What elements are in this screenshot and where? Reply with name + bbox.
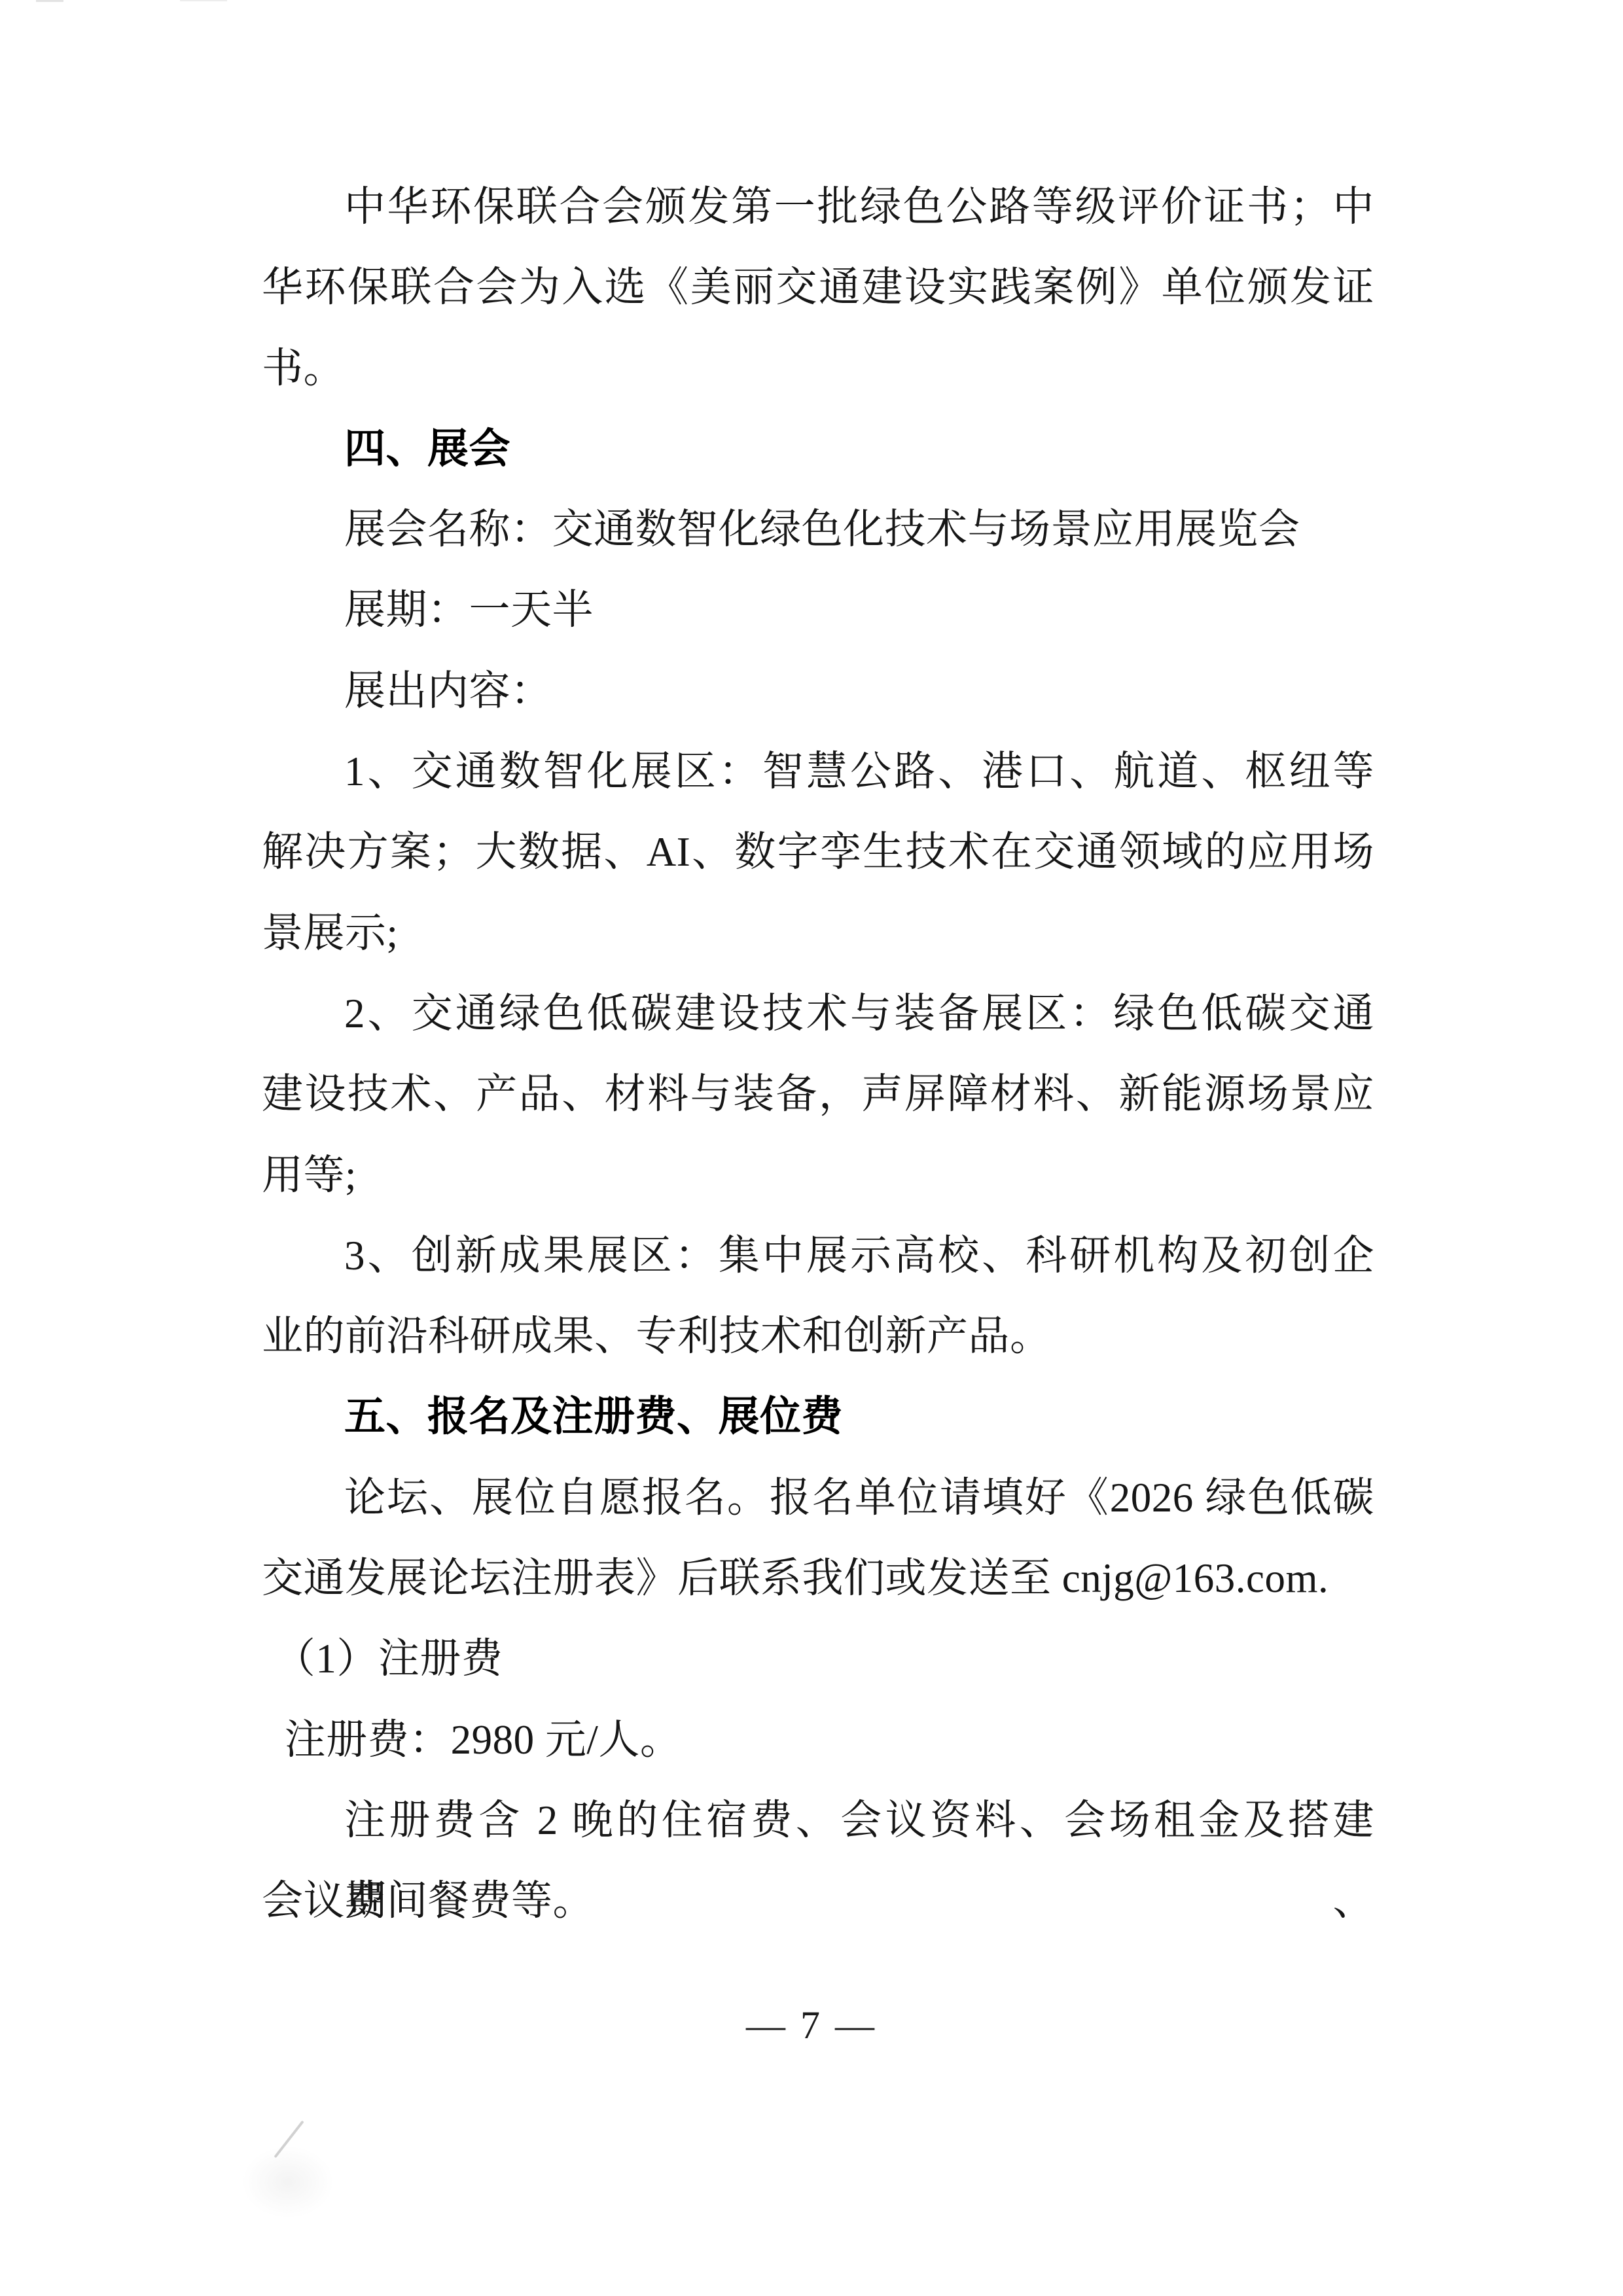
text-line: 论坛、展位自愿报名。报名单位请填好《2026 绿色低碳 <box>262 1458 1374 1538</box>
text-line: 中华环保联合会颁发第一批绿色公路等级评价证书；中 <box>262 167 1374 247</box>
text-line: 书。 <box>262 328 1374 409</box>
text-line: 2、交通绿色低碳建设技术与装备展区：绿色低碳交通 <box>262 974 1374 1054</box>
text-line: 展会名称：交通数智化绿色化技术与场景应用展览会 <box>262 489 1374 570</box>
text-line: 景展示; <box>262 893 1374 974</box>
text-line: （1）注册费 <box>262 1619 1374 1699</box>
text-line: 解决方案；大数据、AI、数字孪生技术在交通领域的应用场 <box>262 812 1374 892</box>
document-page: 中华环保联合会颁发第一批绿色公路等级评价证书；中华环保联合会为入选《美丽交通建设… <box>0 0 1623 2296</box>
scan-edge-artifact <box>36 0 63 2</box>
scan-edge-artifact <box>180 0 227 1</box>
text-line: 华环保联合会为入选《美丽交通建设实践案例》单位颁发证 <box>262 247 1374 328</box>
text-line: 建设技术、产品、材料与装备，声屏障材料、新能源场景应 <box>262 1054 1374 1135</box>
text-line: 五、报名及注册费、展位费 <box>262 1377 1374 1457</box>
document-body: 中华环保联合会颁发第一批绿色公路等级评价证书；中华环保联合会为入选《美丽交通建设… <box>262 167 1374 1942</box>
text-line: 3、创新成果展区：集中展示高校、科研机构及初创企 <box>262 1216 1374 1296</box>
text-line: 四、展会 <box>262 409 1374 489</box>
text-line: 展期：一天半 <box>262 570 1374 650</box>
text-line: 1、交通数智化展区：智慧公路、港口、航道、枢纽等 <box>262 732 1374 812</box>
text-line: 交通发展论坛注册表》后联系我们或发送至 cnjg@163.com. <box>262 1538 1374 1619</box>
text-line: 注册费：2980 元/人。 <box>262 1700 1374 1780</box>
scan-smudge-artifact <box>242 2146 334 2218</box>
text-line: 业的前沿科研成果、专利技术和创新产品。 <box>262 1296 1374 1377</box>
text-line: 注册费含 2 晚的住宿费、会议资料、会场租金及搭建费、 <box>262 1780 1374 1861</box>
page-number: — 7 — <box>0 1989 1623 2061</box>
text-line: 展出内容： <box>262 651 1374 732</box>
text-line: 用等; <box>262 1135 1374 1216</box>
